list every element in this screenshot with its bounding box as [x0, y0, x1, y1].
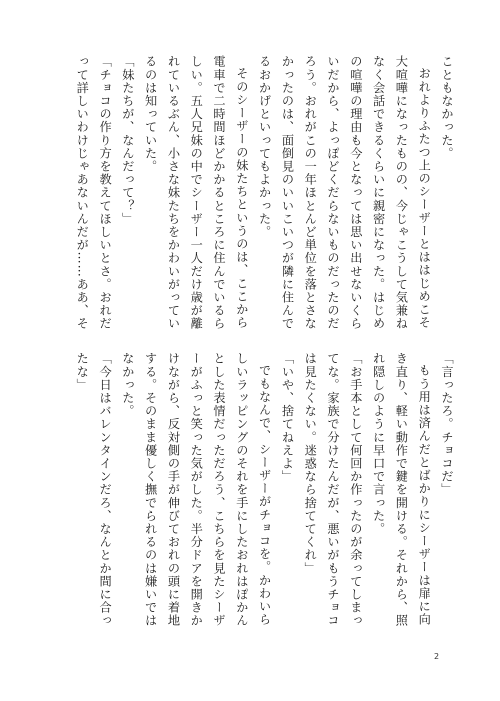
- dialogue-line: 「今日はバレンタインだろ、なんとか間に合ったな」: [70, 352, 116, 637]
- paragraph: でもなんで、シーザーがチョコを。かわいらしいラッピングのそれを手にしたおれはぽか…: [116, 352, 276, 637]
- text-block-bottom: 「言ったろ。チョコだ」 もう用は済んだとばかりにシーザーは扉に向き直り、軽い動作…: [68, 352, 458, 637]
- paragraph: そのシーザーの妹たちというのは、ここから電車で二時間ほどかかるところに住んでいる…: [139, 55, 253, 340]
- dialogue-line: 「いや、捨てねえよ」: [276, 352, 299, 637]
- page-number: 2: [434, 652, 439, 661]
- text-block-top: こともなかった。 おれよりふたつ上のシーザーとははじめこそ大喧嘩になったものの、…: [68, 55, 458, 340]
- paragraph: もう用は済んだとばかりにシーザーは扉に向き直り、軽い動作で鍵を開ける。それから、…: [367, 352, 435, 637]
- paragraph: 言われて思わず言葉をなくすおれに気づかず、シーザーは「おやすみ」と言い置いて自室…: [68, 352, 70, 637]
- dialogue-line: 「チョコの作り方を教えてほしいとさ。おれだって詳しいわけじゃあないんだが……ああ…: [68, 55, 116, 340]
- dialogue-line: 「お手本として何回か作ったのが余ってしまってな。家族で分けたんだが、悪いがもうチ…: [298, 352, 366, 637]
- dialogue-line: 「妹たちが、なんだって？」: [116, 55, 139, 340]
- dialogue-line: 「言ったろ。チョコだ」: [435, 352, 458, 637]
- paragraph: こともなかった。: [435, 55, 458, 340]
- paragraph: おれよりふたつ上のシーザーとははじめこそ大喧嘩になったものの、今じゃこうして気兼…: [253, 55, 435, 340]
